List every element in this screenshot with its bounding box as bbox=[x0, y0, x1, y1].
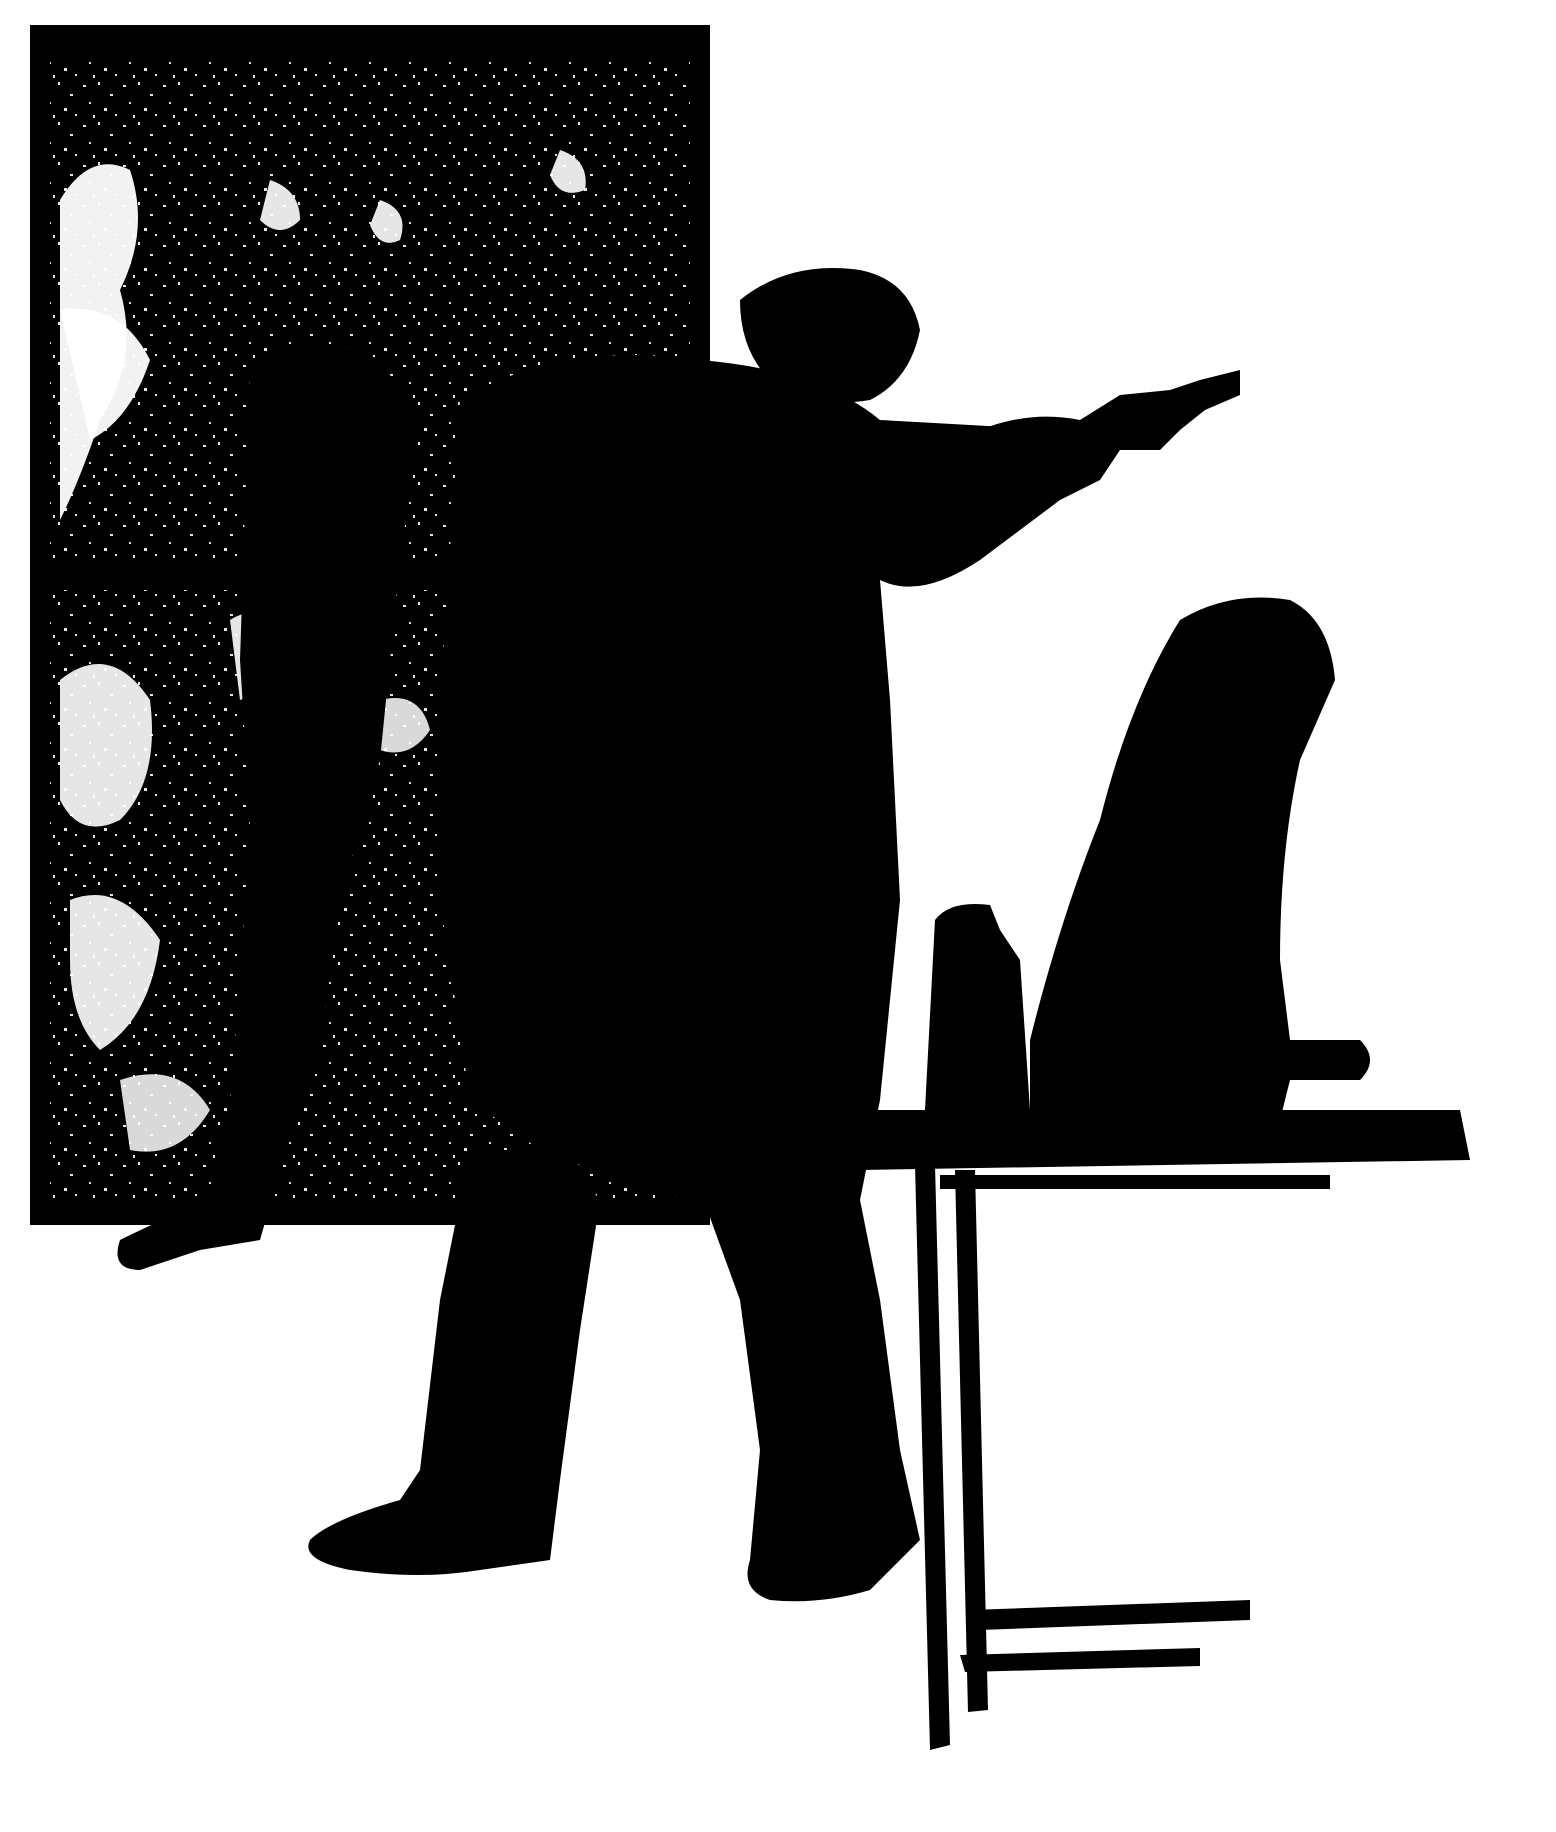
small-container bbox=[925, 904, 1030, 1110]
table bbox=[860, 1110, 1470, 1750]
photo-scene bbox=[0, 0, 1556, 1832]
tall-object bbox=[1030, 598, 1370, 1121]
